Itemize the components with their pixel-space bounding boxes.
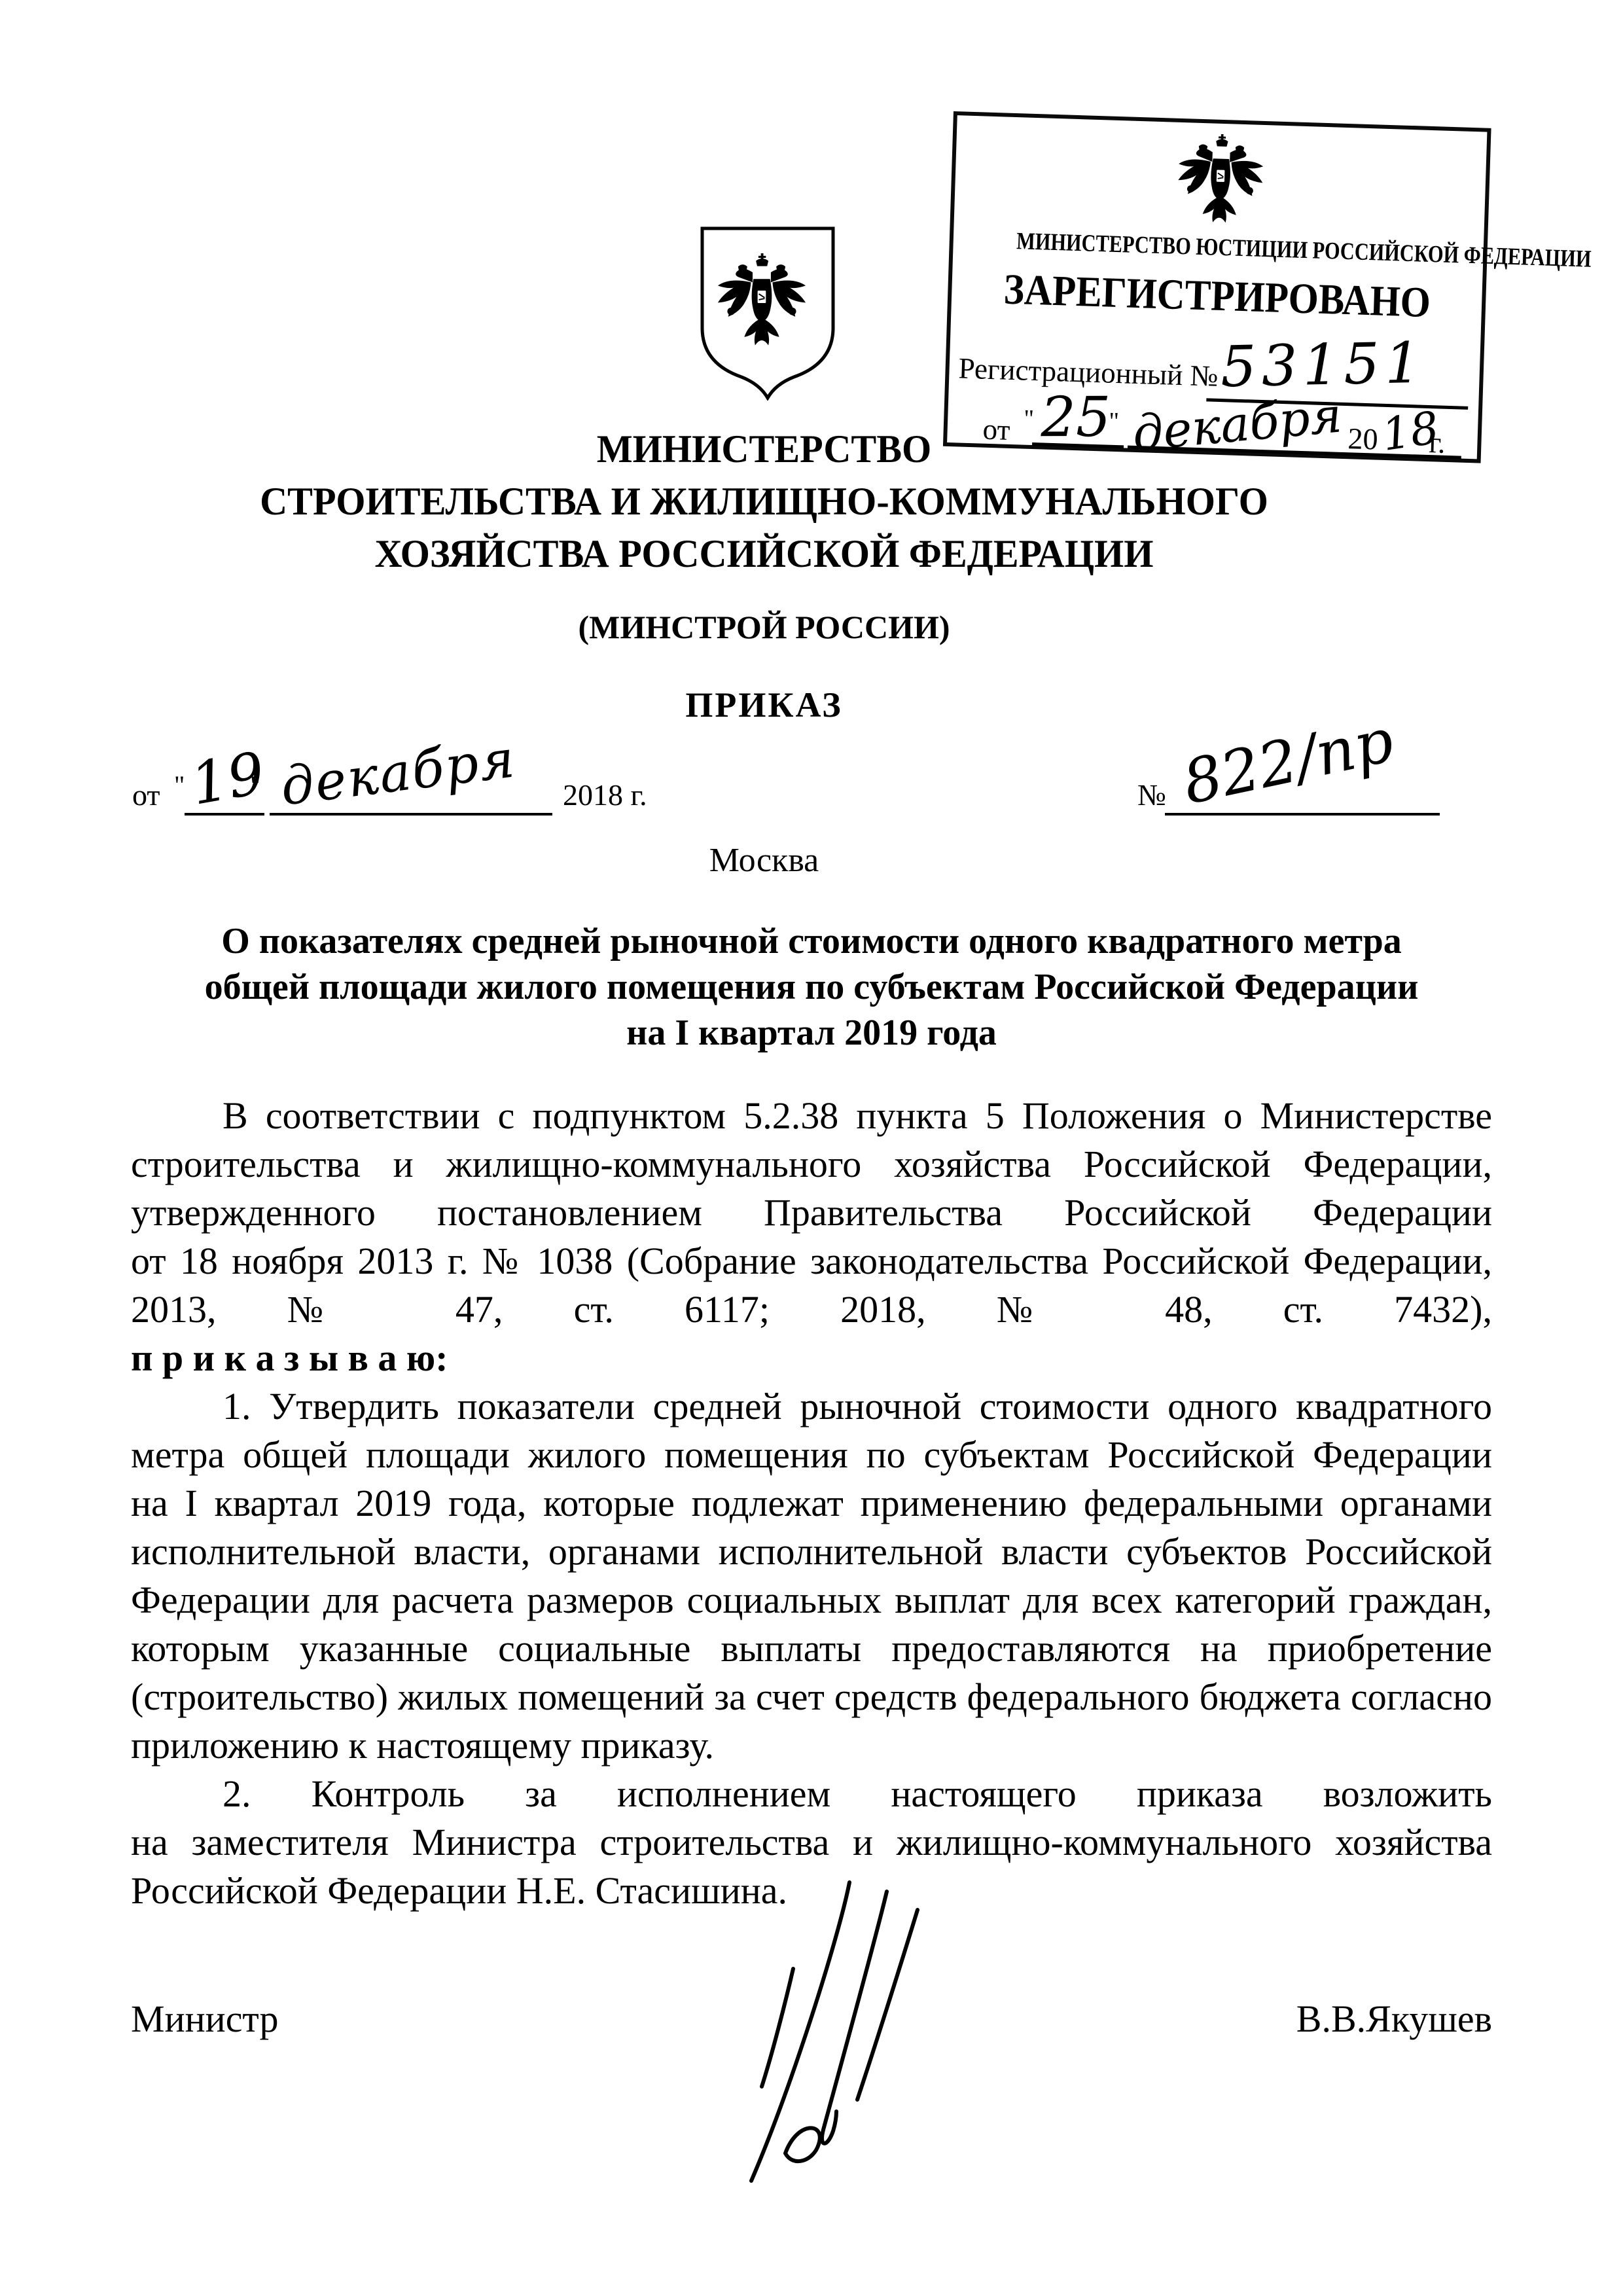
body-line: метра общей площади жилого помещения по … (131, 1431, 1492, 1479)
body-line: которым указанные социальные выплаты пре… (131, 1624, 1492, 1673)
date-and-number-line: от " 19 " декабря 2018 г. № 822/пр (131, 753, 1492, 831)
date-close-quote: " (250, 770, 260, 800)
body-line: на заместителя Министра строительства и … (131, 1818, 1492, 1867)
body-line: Федерации для расчета размеров социальны… (131, 1576, 1492, 1624)
date-open-quote: " (174, 770, 185, 800)
date-year: 2018 г. (563, 778, 647, 812)
body-line: В соответствии с подпунктом 5.2.38 пункт… (131, 1092, 1492, 1140)
title-line1: О показателях средней рыночной стоимости… (131, 918, 1492, 964)
city-label: Москва (131, 836, 1397, 885)
masthead-line1: МИНИСТЕРСТВО (150, 423, 1378, 475)
date-prefix: от (132, 778, 160, 812)
masthead-line2: СТРОИТЕЛЬСТВА И ЖИЛИЩНО-КОММУНАЛЬНОГО (150, 475, 1378, 528)
order-number-underline (1165, 813, 1440, 816)
registration-stamp: МИНИСТЕРСТВО ЮСТИЦИИ РОССИЙСКОЙ ФЕДЕРАЦИ… (943, 111, 1491, 463)
body-line: утвержденного постановлением Правительст… (131, 1189, 1492, 1237)
state-emblem-shield (698, 224, 838, 401)
date-day-underline (185, 813, 264, 816)
signoff-role: Министр (131, 1995, 279, 2043)
body-line: приложению к настоящему приказу. (131, 1721, 1492, 1770)
number-sign: № (1137, 778, 1166, 812)
stamp-ministry-name: МИНИСТЕРСТВО ЮСТИЦИИ РОССИЙСКОЙ ФЕДЕРАЦИ… (953, 225, 1484, 270)
stamp-registered-label: ЗАРЕГИСТРИРОВАНО (951, 263, 1482, 329)
date-month-underline (270, 813, 552, 816)
body-line: 2013, № 47, ст. 6117; 2018, № 48, ст. 74… (131, 1285, 1492, 1334)
body-line: (строительство) жилых помещений за счет … (131, 1673, 1492, 1721)
masthead-line3: ХОЗЯЙСТВА РОССИЙСКОЙ ФЕДЕРАЦИИ (150, 528, 1378, 580)
body-text: В соответствии с подпунктом 5.2.38 пункт… (131, 1092, 1492, 1915)
title-line2: общей площади жилого помещения по субъек… (131, 964, 1492, 1010)
emblem-eagle-icon (718, 253, 806, 346)
document-title: О показателях средней рыночной стоимости… (131, 918, 1492, 1056)
ministry-short-name: (МИНСТРОЙ РОССИИ) (131, 604, 1397, 650)
body-line-order: п р и к а з ы в а ю: (131, 1334, 1492, 1382)
title-line3: на I квартал 2019 года (131, 1010, 1492, 1056)
body-line: исполнительной власти, органами исполнит… (131, 1528, 1492, 1576)
body-line: 1. Утвердить показатели средней рыночной… (131, 1382, 1492, 1431)
document-type: ПРИКАЗ (131, 681, 1397, 729)
body-line: на I квартал 2019 года, которые подлежат… (131, 1479, 1492, 1528)
date-month-handwritten: декабря (277, 728, 519, 817)
body-line: строительства и жилищно-коммунального хо… (131, 1140, 1492, 1189)
body-line: от 18 ноября 2013 г. № 1038 (Собрание за… (131, 1237, 1492, 1285)
ministry-masthead: МИНИСТЕРСТВО СТРОИТЕЛЬСТВА И ЖИЛИЩНО-КОМ… (131, 423, 1397, 580)
signoff-name: В.В.Якушев (1296, 1995, 1492, 2043)
document-page: МИНИСТЕРСТВО ЮСТИЦИИ РОССИЙСКОЙ ФЕДЕРАЦИ… (0, 0, 1623, 2296)
signoff-row: Министр В.В.Якушев (131, 1995, 1492, 2043)
stamp-eagle-icon (1170, 133, 1271, 228)
body-line: 2. Контроль за исполнением настоящего пр… (131, 1770, 1492, 1818)
